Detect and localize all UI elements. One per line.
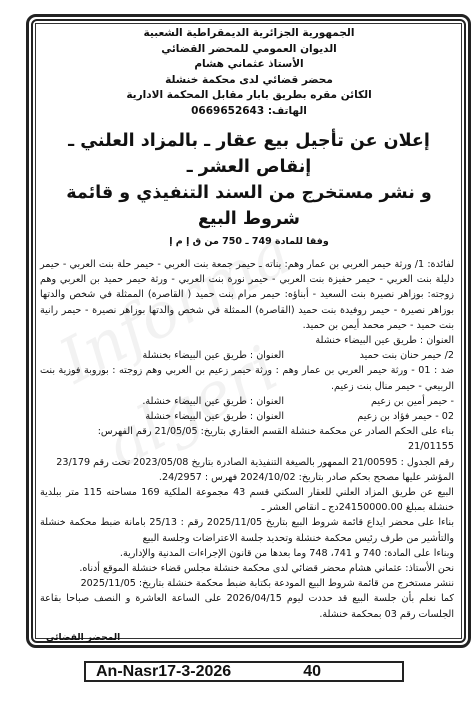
page-number: 40 bbox=[303, 663, 321, 681]
bailiff-statement: نحن الأستاذ: عثماني هشام محضر قضائي لدى … bbox=[40, 561, 454, 576]
defendants: ضد : 01 - ورثة حيمر العربي بن عمار وهم :… bbox=[40, 363, 454, 393]
legal-reference: وفقا للمادة 749 ـ 750 من ق إ م إ bbox=[40, 236, 458, 247]
defendant-2-row: 02 - حيمر فؤاد بن زعيم العنوان : طريق عي… bbox=[40, 409, 454, 424]
legal-articles: وبناءا على المادة: 740 و 741، 748 وما بع… bbox=[40, 546, 454, 561]
defendant-2-address: العنوان : طريق عين البيضاء خنشلة bbox=[145, 409, 284, 424]
announcement-title: إعلان عن تأجيل بيع عقار ـ بالمزاد العلني… bbox=[40, 128, 458, 232]
party-2-row: 2/ حيمر حنان بنت حميد العنوان : طريق عين… bbox=[40, 348, 454, 363]
header-phone: الهاتف: 0669652643 bbox=[40, 104, 458, 120]
header-line-office: الديوان العمومي للمحضر القضائي bbox=[40, 42, 458, 58]
letterhead: الجمهورية الجزائرية الديمقراطية الشعبية … bbox=[40, 26, 458, 119]
sale-details: البيع عن طريق المزاد العلني للعقار السكن… bbox=[40, 485, 454, 515]
header-line-address: الكائن مقره بطريق بابار مقابل المحكمة ال… bbox=[40, 88, 458, 104]
publication-statement: ننشر مستخرج من قائمة شروط البيع المودعة … bbox=[40, 576, 454, 591]
index-number: 21/01155 bbox=[40, 439, 454, 454]
publication-date: An-Nasr17-3-2026 bbox=[96, 663, 231, 681]
defendant-1-row: - حيمر أمين بن زعيم العنوان : طريق عين ا… bbox=[40, 394, 454, 409]
party-2-name: 2/ حيمر حنان بنت حميد bbox=[284, 348, 454, 363]
party-2-address: العنوان : طريق عين البيضاء بخنشلة bbox=[142, 348, 284, 363]
defendant-1-name: - حيمر أمين بن زعيم bbox=[284, 394, 454, 409]
announcement: الجمهورية الجزائرية الديمقراطية الشعبية … bbox=[40, 26, 458, 622]
phone-label: الهاتف: bbox=[268, 105, 307, 117]
beneficiaries-address: العنوان : طريق عين البيضاء خنشلة bbox=[40, 333, 454, 348]
header-line-court: محضر قضائي لدى محكمة خنشلة bbox=[40, 73, 458, 89]
sale-session: كما نعلم بأن جلسة البيع قد حددت ليوم 202… bbox=[40, 591, 454, 621]
publication-footer: An-Nasr17-3-2026 40 bbox=[84, 661, 404, 682]
deposit-details: بناءا على محضر ايداع قائمة شروط البيع بت… bbox=[40, 515, 454, 545]
defendant-2-name: 02 - حيمر فؤاد بن زعيم bbox=[284, 409, 454, 424]
beneficiaries: لفائدة: 1/ ورثة حيمر العربي بن عمار وهم:… bbox=[40, 257, 454, 333]
correction-note: المؤشر عليها مصحح بحكم صادر بتاريخ: 2024… bbox=[40, 470, 454, 485]
phone-number: 0669652643 bbox=[191, 105, 264, 117]
announcement-body: لفائدة: 1/ ورثة حيمر العربي بن عمار وهم:… bbox=[40, 257, 458, 622]
header-line-name: الأستاذ عثماني هشام bbox=[40, 57, 458, 73]
header-line-country: الجمهورية الجزائرية الديمقراطية الشعبية bbox=[40, 26, 458, 42]
defendant-1-address: العنوان : طريق عين البيضاء خنشلة. bbox=[142, 394, 284, 409]
judgment-reference: بناء على الحكم الصادر عن محكمة خنشلة الق… bbox=[40, 424, 454, 439]
signature: المحضر القضائي bbox=[46, 633, 120, 643]
schedule-number: رقم الجدول : 21/00595 الممهور بالصيغة ال… bbox=[40, 455, 454, 470]
title-line-1: إعلان عن تأجيل بيع عقار ـ بالمزاد العلني… bbox=[40, 128, 458, 180]
title-line-2: و نشر مستخرج من السند التنفيذي و قائمة ش… bbox=[40, 180, 458, 232]
